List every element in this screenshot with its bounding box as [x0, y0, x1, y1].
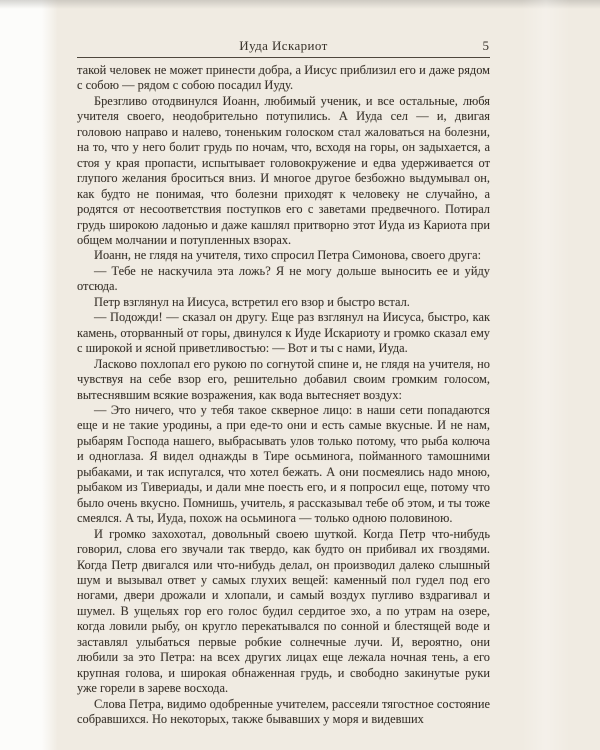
header-rule [77, 57, 490, 58]
running-title: Иуда Искариот [239, 38, 327, 53]
running-header: Иуда Искариот 5 [77, 38, 490, 54]
paragraph: Петр взглянул на Иисуса, встретил его вз… [77, 295, 490, 310]
scan-left-edge [0, 0, 58, 750]
paragraph: — Это ничего, что у тебя такое скверное … [77, 403, 490, 527]
paragraph: Слова Петра, видимо одобренные учителем,… [77, 697, 490, 728]
paragraph: Брезгливо отодвинулся Иоанн, любимый уче… [77, 94, 490, 249]
text-column: Иуда Искариот 5 такой человек не может п… [77, 0, 490, 750]
paragraph: — Тебе не наскучила эта ложь? Я не могу … [77, 264, 490, 295]
paragraph: — Подожди! — сказал он другу. Еще раз вз… [77, 310, 490, 356]
page-body: такой человек не может принести добра, а… [77, 63, 490, 727]
paragraph: Иоанн, не глядя на учителя, тихо спросил… [77, 248, 490, 263]
paragraph: такой человек не может принести добра, а… [77, 63, 490, 94]
page-number: 5 [483, 38, 490, 54]
paragraph: И громко захохотал, довольный своею шутк… [77, 527, 490, 697]
scan-right-sheen [522, 0, 570, 750]
paragraph: Ласково похлопал его рукою по согнутой с… [77, 357, 490, 403]
book-page: Иуда Искариот 5 такой человек не может п… [0, 0, 600, 750]
